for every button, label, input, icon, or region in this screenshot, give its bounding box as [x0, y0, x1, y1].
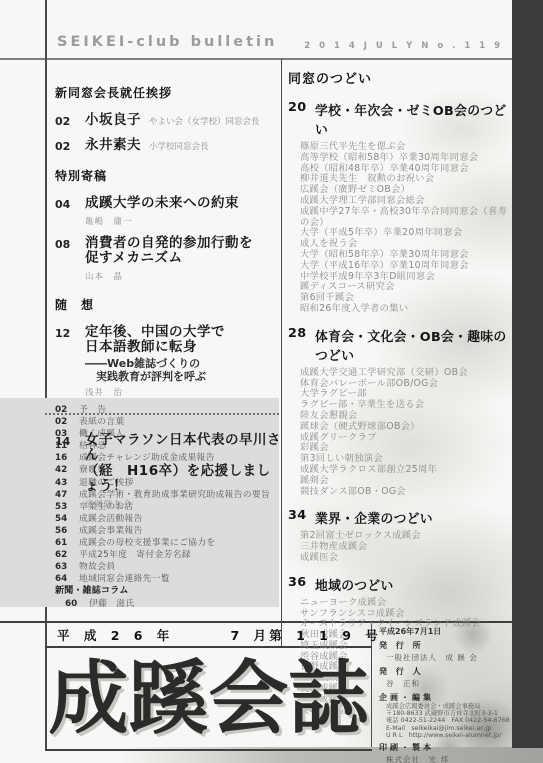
- toc-entry: 12 定年後、中国の大学で 日本語教師に転身 ――Web雑誌づくりの 実践教育が…: [55, 325, 281, 398]
- page-number: 36: [288, 575, 315, 594]
- gathering-item: 蹊球会（硬式野球部OB会）: [300, 422, 514, 433]
- index-row: 61 成蹊会の母校支援事業にご協力を: [55, 537, 279, 549]
- entry-author: 亀嶋 庸一: [85, 215, 239, 227]
- gathering-item: 昭和26年度入学者の集い: [300, 304, 514, 315]
- entry-body: 定年後、中国の大学で 日本語教師に転身 ――Web雑誌づくりの 実践教育が評判を…: [85, 325, 225, 398]
- section-heading: 新同窓会長就任挨拶: [55, 84, 281, 101]
- entry-author: 浅井 治: [85, 386, 225, 398]
- entry-title-line: 定年後、中国の大学で 日本語教師に転身: [85, 325, 225, 356]
- page-number: 64: [55, 573, 79, 585]
- section-heading: 随 想: [55, 296, 281, 313]
- issuer-name: 谷 正和: [379, 678, 512, 689]
- editing-detail-line: U R L http://www.seikei-alumnet.jp/: [379, 732, 512, 739]
- column-heading: 新聞・雑誌コラム: [55, 585, 279, 597]
- index-label: 成蹊会の母校支援事業にご協力を: [79, 537, 215, 549]
- issue-number: 第 1 1 9 号: [269, 626, 383, 644]
- gathering-section: 34 業界・企業のつどい 第2回富士ゼロックス成蹊会三井物産成蹊会成蹊医会: [288, 508, 514, 563]
- magazine-title: 成蹊会誌: [49, 654, 369, 744]
- editing-label: 企画・編集: [379, 692, 512, 703]
- gathering-section-title: 業界・企業のつどい: [315, 508, 433, 527]
- gathering-item: ニューヨーク成蹊会: [300, 598, 514, 609]
- gathering-section-title-row: 36 地域のつどい: [288, 575, 514, 594]
- entry-title: 成蹊大学の未来への約束: [85, 196, 239, 212]
- printer-name: 株式会社 光 邦: [379, 754, 512, 763]
- entry-author: 成蹊陸友会: [85, 498, 281, 510]
- toc-section: 随 想 12 定年後、中国の大学で 日本語教師に転身 ――Web雑誌づ: [55, 296, 281, 398]
- entry-body: 女子マラソン日本代表の早川さん （経 H16卒）を応援しましょう！ 成蹊陸友会: [85, 433, 281, 510]
- gathering-item: 成蹊中学27年卒・高校30年卒合同同窓会（喜寿の会）: [300, 207, 514, 229]
- page-number: 34: [288, 508, 315, 527]
- gathering-section: 20 学校・年次会・ゼミOB会のつどい 篠原三代平先生を偲ぶ会高等学校（昭和58…: [288, 100, 514, 315]
- page-number: 02: [55, 113, 85, 129]
- toc-section: 新同窓会長就任挨拶 02 小坂良子 やよい会（女学校）同窓会長: [55, 84, 281, 153]
- index-label: 成蹊会事業報告: [79, 525, 143, 537]
- editing-details: 成蹊会広報委員会・成蹊会事務局〒180-8633 武蔵野市吉祥寺北町3-3-1電…: [379, 703, 512, 739]
- entry-note: やよい会（女学校）同窓会長: [149, 115, 260, 127]
- section-heading: 特別寄稿: [55, 167, 281, 184]
- entry-title: 永井素夫: [85, 138, 141, 154]
- title-box-bottom-rule: [45, 749, 372, 751]
- entry-body: 消費者の自発的参加行動を 促すメカニズム 山本 晶: [85, 236, 253, 282]
- gathering-item: 成蹊大学交通工学研究部（交研）OB会: [300, 368, 514, 379]
- index-row: 64 地域同窓会連絡先一覧: [55, 573, 279, 585]
- page-number: 61: [55, 537, 79, 549]
- toc-section: 特別寄稿 04 成蹊大学の未来への約束: [55, 167, 281, 282]
- gathering-item: 蹊剣会: [300, 476, 514, 487]
- entry-title-line: 成蹊大学の未来への約束: [85, 196, 239, 212]
- month: 7 月: [230, 626, 271, 644]
- editing-detail-line: E-Mail seikeikai@jim.seikei.ac.jp: [379, 725, 512, 732]
- gathering-section-title-row: 34 業界・企業のつどい: [288, 508, 514, 527]
- index-label: 平成25年度 寄付金芳名録: [79, 549, 191, 561]
- issuer-label: 発 行 人: [379, 666, 512, 677]
- toc-entry: 02 小坂良子 やよい会（女学校）同窓会長: [55, 113, 281, 129]
- toc-left-column: 新同窓会長就任挨拶 02 小坂良子 やよい会（女学校）同窓会長: [55, 70, 281, 519]
- page-number: 02: [55, 138, 85, 154]
- index-label: 物故会員: [79, 561, 115, 573]
- magazine-title-box: 成蹊会誌: [46, 648, 371, 749]
- print-label: 印刷・製本: [379, 742, 512, 753]
- era-year: 平 成 2 6 年: [57, 626, 174, 644]
- right-dark-band: [512, 0, 543, 748]
- index-row: 60 伊藤 滋氏: [55, 598, 279, 610]
- publisher-name: 一般社団法人 成 蹊 会: [379, 652, 512, 663]
- gathering-items: 篠原三代平先生を偲ぶ会高等学校（昭和58年）卒業30周年同窓会高校（昭和48年卒…: [288, 142, 514, 315]
- gathering-item: 成蹊医会: [300, 553, 514, 564]
- gathering-section-title: 体育会・文化会・OB会・趣味のつどい: [315, 326, 514, 364]
- page-number: 04: [55, 196, 85, 227]
- entry-title: 小坂良子: [85, 113, 141, 129]
- bulletin-brand: SEIKEI-club bulletin: [57, 34, 277, 50]
- footer-band-issue-cell: 第 1 1 9 号: [281, 623, 371, 647]
- entry-title: 女子マラソン日本代表の早川さん （経 H16卒）を応援しましょう！: [85, 433, 281, 495]
- index-row: 62 平成25年度 寄付金芳名録: [55, 549, 279, 561]
- gathering-item: 大学（平成16年卒）卒業10周年同窓会: [300, 261, 514, 272]
- page-number: 20: [288, 100, 315, 138]
- entry-author: 山本 晶: [85, 270, 253, 282]
- entry-title: 消費者の自発的参加行動を 促すメカニズム: [85, 236, 253, 267]
- section-entries: 12 定年後、中国の大学で 日本語教師に転身 ――Web雑誌づくりの 実践教育が…: [55, 325, 281, 398]
- footer-band-date-cell: 平 成 2 6 年 7 月: [46, 623, 281, 647]
- gathering-section-title-row: 28 体育会・文化会・OB会・趣味のつどい: [288, 326, 514, 364]
- section-entries: 04 成蹊大学の未来への約束 亀嶋 庸一: [55, 196, 281, 282]
- page-number: 12: [55, 325, 85, 398]
- publication-date: 平成26年7月1日: [379, 626, 512, 637]
- index-label: 地域同窓会連絡先一覧: [79, 573, 170, 585]
- publisher-label: 発 行 所: [379, 640, 512, 651]
- toc-entry: 04 成蹊大学の未来への約束 亀嶋 庸一: [55, 196, 281, 227]
- page-number: 14: [55, 433, 85, 510]
- right-column-heading: 同窓のつどい: [288, 68, 514, 87]
- gathering-item: 競技ダンス部OB・OG会: [300, 487, 514, 498]
- gathering-section-title: 学校・年次会・ゼミOB会のつどい: [315, 100, 514, 138]
- gathering-items: 成蹊大学交通工学研究部（交研）OB会体育会バレーボール部OB/OG会大学ラグビー…: [288, 368, 514, 498]
- entry-title-line: 消費者の自発的参加行動を 促すメカニズム: [85, 236, 253, 267]
- gathering-items: 第2回富士ゼロックス成蹊会三井物産成蹊会成蹊医会: [288, 531, 514, 563]
- colophon: 平成26年7月1日 発 行 所 一般社団法人 成 蹊 会 発 行 人 谷 正和 …: [372, 620, 512, 763]
- entry-body: 小坂良子 やよい会（女学校）同窓会長: [85, 113, 260, 129]
- page-number: 28: [288, 326, 315, 364]
- issue-info: 2 0 1 4 J U L Y N o . 1 1 9: [304, 41, 503, 51]
- section-entries: 02 小坂良子 やよい会（女学校）同窓会長: [55, 113, 281, 153]
- gathering-section-title-row: 20 学校・年次会・ゼミOB会のつどい: [288, 100, 514, 138]
- entry-body: 成蹊大学の未来への約束 亀嶋 庸一: [85, 196, 239, 227]
- entry-note: 小学校同窓会長: [149, 140, 209, 152]
- gathering-item: 高等学校（昭和58年）卒業30周年同窓会: [300, 153, 514, 164]
- editing-detail-line: 電話 0422-51-2244 FAX 0422-54-6768: [379, 717, 512, 724]
- entry-title: 定年後、中国の大学で 日本語教師に転身: [85, 325, 225, 356]
- index-row: 63 物故会員: [55, 561, 279, 573]
- toc-feature-entry: 14 女子マラソン日本代表の早川さん （経 H16卒）を応援しましょう！ 成蹊陸…: [55, 433, 281, 510]
- entry-title-line: 小坂良子 やよい会（女学校）同窓会長: [85, 113, 260, 129]
- index-label: 伊藤 滋氏: [89, 598, 135, 610]
- gathering-item: 成蹊大学ラクロス部創立25周年: [300, 465, 514, 476]
- page-number: 08: [55, 236, 85, 282]
- dotted-divider: [45, 413, 279, 415]
- page-number: 63: [55, 561, 79, 573]
- gathering-item: 成蹊グリークラブ: [300, 433, 514, 444]
- page-number: 62: [55, 549, 79, 561]
- entry-body: 永井素夫 小学校同窓会長: [85, 138, 209, 154]
- page-number: 60: [65, 598, 89, 610]
- gathering-section: 28 体育会・文化会・OB会・趣味のつどい 成蹊大学交通工学研究部（交研）OB会…: [288, 326, 514, 498]
- toc-entry: 02 永井素夫 小学校同窓会長: [55, 138, 281, 154]
- gathering-section-title: 地域のつどい: [315, 575, 394, 594]
- entry-subtitle: ――Web雑誌づくりの 実践教育が評判を呼ぶ: [85, 357, 225, 383]
- index-row: 56 成蹊会事業報告: [55, 525, 279, 537]
- toc-sections: 新同窓会長就任挨拶 02 小坂良子 やよい会（女学校）同窓会長: [55, 84, 281, 398]
- page-number: 56: [55, 525, 79, 537]
- column-divider-rule: [281, 59, 282, 647]
- entry-title-line: 永井素夫 小学校同窓会長: [85, 138, 209, 154]
- toc-entry: 08 消費者の自発的参加行動を 促すメカニズム 山本 晶: [55, 236, 281, 282]
